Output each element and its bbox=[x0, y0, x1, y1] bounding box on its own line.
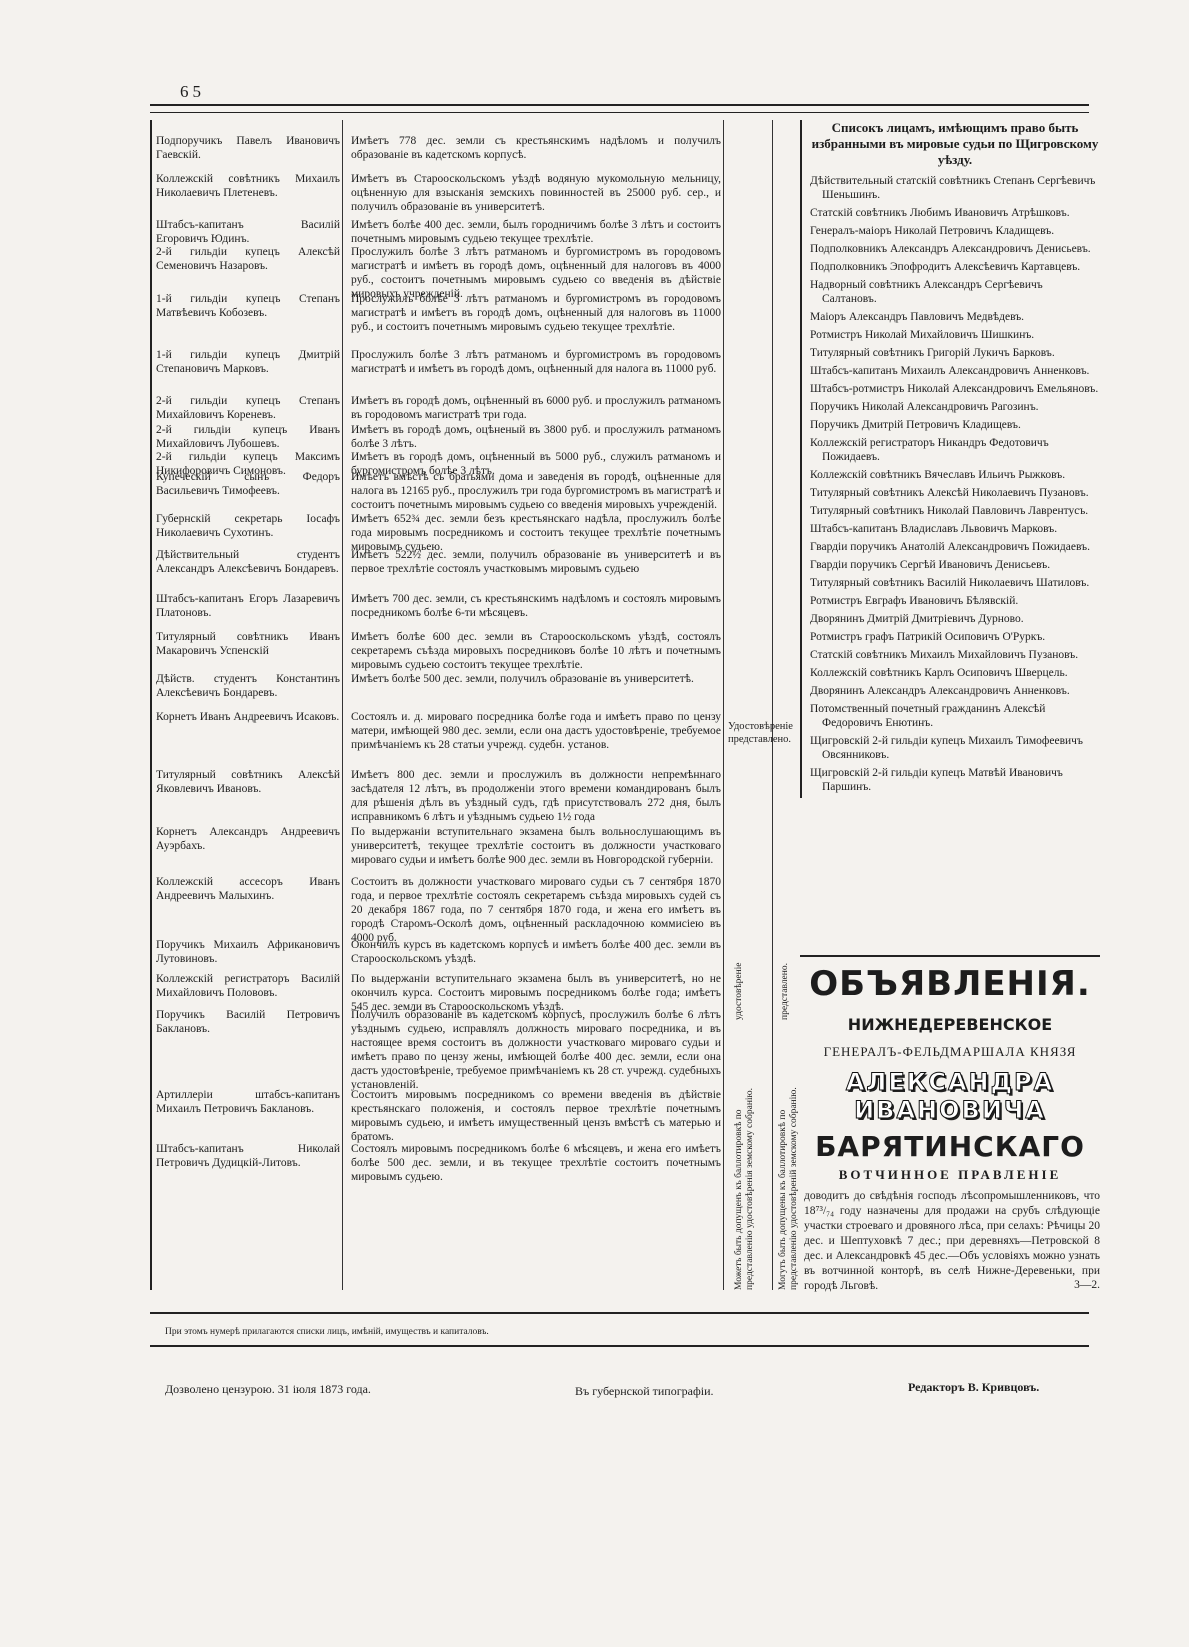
list-item: Надворный совѣтникъ Александръ Сергѣевич… bbox=[810, 278, 1100, 306]
table-row-name: 2-й гильдіи купецъ Иванъ Михайловичъ Луб… bbox=[156, 423, 340, 451]
page-number: 65 bbox=[180, 82, 205, 102]
ad-line3: АЛЕКСАНДРА ИВАНОВИЧА bbox=[800, 1068, 1100, 1124]
table-row-name: Артиллеріи штабсъ-капитанъ Михаилъ Петро… bbox=[156, 1088, 340, 1116]
table-row-name: Корнетъ Александръ Андреевичъ Ауэрбахъ. bbox=[156, 825, 340, 853]
electors-table: Подпоручикъ Павелъ Ивановичъ Гаевскій.Ко… bbox=[150, 120, 797, 1290]
table-row-info: Получилъ образованіе въ кадетскомъ корпу… bbox=[351, 1008, 721, 1092]
list-item: Поручикъ Николай Александровичъ Рагозинъ… bbox=[810, 400, 1100, 414]
advertisement: ОБЪЯВЛЕНІЯ. НИЖНЕДЕРЕВЕНСКОЕ ГЕНЕРАЛЪ-ФЕ… bbox=[800, 955, 1100, 1291]
table-row-info: Имѣетъ болѣе 600 дес. земли въ Старооско… bbox=[351, 630, 721, 672]
table-row-name: Коллежскій регистраторъ Василій Михайлов… bbox=[156, 972, 340, 1000]
table-row-name: Подпоручикъ Павелъ Ивановичъ Гаевскій. bbox=[156, 134, 340, 162]
list-item: Штабсъ-ротмистръ Николай Александровичъ … bbox=[810, 382, 1100, 396]
table-row-name: 1-й гильдіи купецъ Степанъ Матвѣевичъ Ко… bbox=[156, 292, 340, 320]
footer-rule-bottom bbox=[150, 1345, 1089, 1347]
note-vertical-2: представлено. bbox=[780, 910, 791, 1020]
list-item: Подполковникъ Александръ Александровичъ … bbox=[810, 242, 1100, 256]
list-item: Ротмистръ Евграфъ Ивановичъ Бѣлявскій. bbox=[810, 594, 1100, 608]
table-row-name: Поручикъ Михаилъ Африкановичъ Лутовиновъ… bbox=[156, 938, 340, 966]
table-row-name: Штабсъ-капитанъ Василій Егоровичъ Юдинъ. bbox=[156, 218, 340, 246]
list-item: Ротмистръ Николай Михайловичъ Шишкинъ. bbox=[810, 328, 1100, 342]
list-item: Щигровскій 2-й гильдіи купецъ Михаилъ Ти… bbox=[810, 734, 1100, 762]
table-row-name: Титулярный совѣтникъ Иванъ Макаровичъ Ус… bbox=[156, 630, 340, 658]
table-row-name: Коллежскій совѣтникъ Михаилъ Николаевичъ… bbox=[156, 172, 340, 200]
list-item: Дворянинъ Дмитрій Дмитріевичъ Дурново. bbox=[810, 612, 1100, 626]
list-item: Дворянинъ Александръ Александровичъ Анне… bbox=[810, 684, 1100, 698]
table-row-info: Имѣетъ вмѣстѣ съ братьями дома и заведен… bbox=[351, 470, 721, 512]
list-item: Подполковникъ Эпофродитъ Алексѣевичъ Кар… bbox=[810, 260, 1100, 274]
list-item: Потомственный почетный гражданинъ Алексѣ… bbox=[810, 702, 1100, 730]
list-item: Статскій совѣтникъ Любимъ Ивановичъ Атрѣ… bbox=[810, 206, 1100, 220]
table-row-name: Губернскій секретарь Іосафъ Николаевичъ … bbox=[156, 512, 340, 540]
shchigry-persons: Дѣйствительный статскій совѣтникъ Степан… bbox=[810, 174, 1100, 794]
table-row-info: Окончилъ курсъ въ кадетскомъ корпусѣ и и… bbox=[351, 938, 721, 966]
notes-column-2: представлено. Могутъ быть допущены къ ба… bbox=[774, 120, 800, 1290]
footer-rule-top bbox=[150, 1312, 1089, 1314]
names-column: Подпоручикъ Павелъ Ивановичъ Гаевскій.Ко… bbox=[152, 120, 343, 1290]
notes-column: Удостовѣреніе представлено. удостовѣрені… bbox=[726, 120, 773, 1290]
table-row-name: Корнетъ Иванъ Андреевичъ Исаковъ. bbox=[156, 710, 340, 724]
list-item: Статскій совѣтникъ Михаилъ Михайловичъ П… bbox=[810, 648, 1100, 662]
censor-line: Дозволено цензурою. 31 іюля 1873 года. bbox=[165, 1382, 371, 1397]
table-row-info: Имѣетъ болѣе 500 дес. земли, получилъ об… bbox=[351, 672, 721, 686]
table-row-info: Имѣетъ въ городѣ домъ, оцѣненный въ 6000… bbox=[351, 394, 721, 422]
printer-line: Въ губернской типографіи. bbox=[575, 1384, 714, 1399]
list-item: Коллежскій совѣтникъ Карлъ Осиповичъ Шве… bbox=[810, 666, 1100, 680]
table-row-name: 2-й гильдіи купецъ Алексѣй Семеновичъ На… bbox=[156, 245, 340, 273]
table-row-info: Прослужилъ болѣе 3 лѣтъ ратманомъ и бург… bbox=[351, 348, 721, 376]
table-row-name: Штабсъ-капитанъ Николай Петровичъ Дудицк… bbox=[156, 1142, 340, 1170]
ad-line1: НИЖНЕДЕРЕВЕНСКОЕ bbox=[800, 1015, 1100, 1034]
ad-line5: ВОТЧИННОЕ ПРАВЛЕНІЕ bbox=[800, 1167, 1100, 1183]
list-item: Коллежскій совѣтникъ Вячеславъ Ильичъ Ры… bbox=[810, 468, 1100, 482]
editor-line: Редакторъ В. Кривцовъ. bbox=[908, 1380, 1039, 1395]
table-row-info: Состоялъ и. д. мироваго посредника болѣе… bbox=[351, 710, 721, 752]
header-rule bbox=[150, 104, 1089, 106]
table-row-name: Поручикъ Василій Петровичъ Баклановъ. bbox=[156, 1008, 340, 1036]
list-item: Титулярный совѣтникъ Алексѣй Николаевичъ… bbox=[810, 486, 1100, 500]
list-item: Титулярный совѣтникъ Василій Николаевичъ… bbox=[810, 576, 1100, 590]
table-row-name: Дѣйств. студентъ Константинъ Алексѣевичъ… bbox=[156, 672, 340, 700]
list-item: Ротмистръ графъ Патрикій Осиповичъ О'Рур… bbox=[810, 630, 1100, 644]
table-row-info: Состоитъ въ должности участковаго мирова… bbox=[351, 875, 721, 945]
note-vertical-1: удостовѣреніе bbox=[734, 910, 745, 1020]
shchigry-list-title: Списокъ лицамъ, имѣющимъ право быть избр… bbox=[810, 120, 1100, 168]
table-row-info: Имѣетъ 778 дес. земли съ крестьянскимъ н… bbox=[351, 134, 721, 162]
note-vertical-4: Могутъ быть допущены къ баллотировкѣ по … bbox=[778, 1055, 800, 1290]
list-item: Маіоръ Александръ Павловичъ Медвѣдевъ. bbox=[810, 310, 1100, 324]
table-row-info: Прослужилъ болѣе 3 лѣтъ ратманомъ и бург… bbox=[351, 292, 721, 334]
list-item: Поручикъ Дмитрій Петровичъ Кладищевъ. bbox=[810, 418, 1100, 432]
table-row-info: Имѣетъ въ городѣ домъ, оцѣненый въ 3800 … bbox=[351, 423, 721, 451]
list-item: Дѣйствительный статскій совѣтникъ Степан… bbox=[810, 174, 1100, 202]
table-row-name: Титулярный совѣтникъ Алексѣй Яковлевичъ … bbox=[156, 768, 340, 796]
table-row-name: 2-й гильдіи купецъ Степанъ Михайловичъ К… bbox=[156, 394, 340, 422]
ad-heading: ОБЪЯВЛЕНІЯ. bbox=[800, 963, 1100, 1005]
list-item: Гвардіи поручикъ Анатолій Александровичъ… bbox=[810, 540, 1100, 554]
table-row-info: Имѣетъ 700 дес. земли, съ крестьянскимъ … bbox=[351, 592, 721, 620]
ad-line2: ГЕНЕРАЛЪ-ФЕЛЬДМАРШАЛА КНЯЗЯ bbox=[800, 1044, 1100, 1060]
table-row-info: По выдержаніи вступительнаго экзамена бы… bbox=[351, 825, 721, 867]
list-item: Титулярный совѣтникъ Николай Павловичъ Л… bbox=[810, 504, 1100, 518]
header-rule-thin bbox=[150, 112, 1089, 113]
ad-line4: БАРЯТИНСКАГО bbox=[800, 1130, 1100, 1163]
list-item: Штабсъ-капитанъ Михаилъ Александровичъ А… bbox=[810, 364, 1100, 378]
list-item: Коллежскій регистраторъ Никандръ Федотов… bbox=[810, 436, 1100, 464]
note-vertical-3: Можетъ быть допущенъ къ баллотировкѣ по … bbox=[734, 1055, 756, 1290]
table-row-name: Коллежскій ассесоръ Иванъ Андреевичъ Мал… bbox=[156, 875, 340, 903]
qualifications-column: Имѣетъ 778 дес. земли съ крестьянскимъ н… bbox=[345, 120, 724, 1290]
shchigry-list: Списокъ лицамъ, имѣющимъ право быть избр… bbox=[800, 120, 1100, 798]
list-item: Титулярный совѣтникъ Григорій Лукичъ Бар… bbox=[810, 346, 1100, 360]
list-item: Штабсъ-капитанъ Владиславъ Львовичъ Марк… bbox=[810, 522, 1100, 536]
table-row-info: Имѣетъ въ Старооскольскомъ уѣздѣ водяную… bbox=[351, 172, 721, 214]
table-row-info: Имѣетъ болѣе 400 дес. земли, былъ городн… bbox=[351, 218, 721, 246]
list-item: Гвардіи поручикъ Сергѣй Ивановичъ Денись… bbox=[810, 558, 1100, 572]
table-row-info: Имѣетъ 522½ дес. земли, получилъ образов… bbox=[351, 548, 721, 576]
note-isakov: Удостовѣреніе представлено. bbox=[728, 720, 772, 746]
table-row-name: 1-й гильдіи купецъ Дмитрій Степановичъ М… bbox=[156, 348, 340, 376]
list-item: Генералъ-маіоръ Николай Петровичъ Кладищ… bbox=[810, 224, 1100, 238]
footer-note: При этомъ нумерѣ прилагаются списки лицъ… bbox=[165, 1327, 489, 1337]
table-row-info: Состоитъ мировымъ посредникомъ со времен… bbox=[351, 1088, 721, 1144]
table-row-info: Имѣетъ 800 дес. земли и прослужилъ въ до… bbox=[351, 768, 721, 824]
table-row-name: Купеческій сынъ Федоръ Васильевичъ Тимоф… bbox=[156, 470, 340, 498]
table-row-name: Штабсъ-капитанъ Егоръ Лазаревичъ Платоно… bbox=[156, 592, 340, 620]
table-row-name: Дѣйствительный студентъ Александръ Алекс… bbox=[156, 548, 340, 576]
list-item: Щигровскій 2-й гильдіи купецъ Матвѣй Ива… bbox=[810, 766, 1100, 794]
ad-body: доводитъ до свѣдѣнія господъ лѣсопромышл… bbox=[800, 1189, 1100, 1294]
table-row-info: Состоялъ мировымъ посредникомъ болѣе 6 м… bbox=[351, 1142, 721, 1184]
